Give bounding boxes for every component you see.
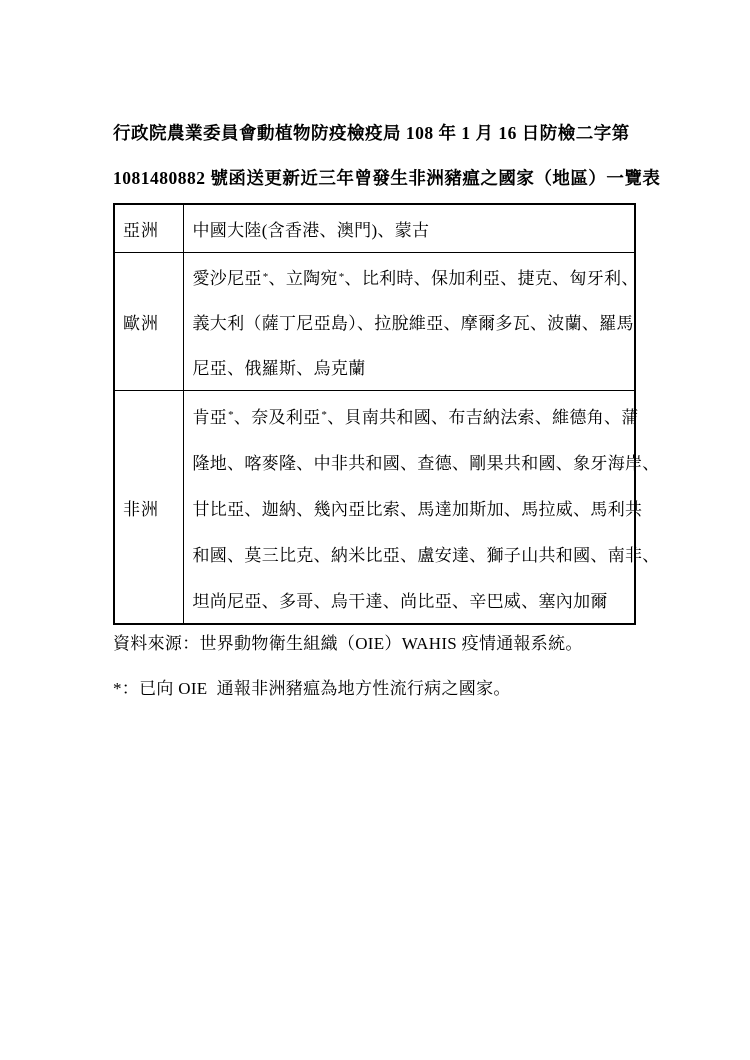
document-page: 行政院農業委員會動植物防疫檢疫局 108 年 1 月 16 日防檢二字第 108… [0,0,750,1060]
countries-text: 和國、莫三比克、納米比亞、盧安達、獅子山共和國、南非、 [193,541,660,566]
asf-countries-table: 亞洲 中國大陸(含香港、澳門)、蒙古 歐洲 愛沙尼亞*、立陶宛*、比利時、保加利… [113,203,636,625]
countries-text-line: 甘比亞、迦納、幾內亞比索、馬達加斯加、馬拉威、馬利共 [193,484,633,530]
region-cell-africa: 非洲 [114,391,183,625]
countries-text-line: 和國、莫三比克、納米比亞、盧安達、獅子山共和國、南非、 [193,530,633,576]
countries-text-line: 中國大陸(含香港、澳門)、蒙古 [193,206,633,251]
countries-text: 肯亞 [193,403,228,428]
document-title: 行政院農業委員會動植物防疫檢疫局 108 年 1 月 16 日防檢二字第 108… [113,124,637,187]
countries-text: 中國大陸(含香港、澳門)、蒙古 [193,216,430,241]
countries-text: 尼亞、俄羅斯、烏克蘭 [193,354,366,379]
countries-text: 隆地、喀麥隆、中非共和國、查德、剛果共和國、象牙海岸、 [193,449,660,474]
countries-text: 、奈及利亞 [234,403,321,428]
countries-cell-africa: 肯亞*、奈及利亞*、貝南共和國、布吉納法索、維德角、蒲隆地、喀麥隆、中非共和國、… [183,391,635,625]
countries-text: 、貝南共和國、布吉納法索、維德角、蒲 [327,403,638,428]
table-row-europe: 歐洲 愛沙尼亞*、立陶宛*、比利時、保加利亞、捷克、匈牙利、義大利（薩丁尼亞島）… [114,253,635,391]
countries-cell-europe: 愛沙尼亞*、立陶宛*、比利時、保加利亞、捷克、匈牙利、義大利（薩丁尼亞島）、拉脫… [183,253,635,391]
countries-text-line: 愛沙尼亞*、立陶宛*、比利時、保加利亞、捷克、匈牙利、 [193,254,633,299]
countries-cell-asia: 中國大陸(含香港、澳門)、蒙古 [183,204,635,253]
countries-text: 、比利時、保加利亞、捷克、匈牙利、 [345,264,639,289]
countries-text: 甘比亞、迦納、幾內亞比索、馬達加斯加、馬拉威、馬利共 [193,495,643,520]
table-row-asia: 亞洲 中國大陸(含香港、澳門)、蒙古 [114,204,635,253]
countries-text: 坦尚尼亞、多哥、烏干達、尚比亞、辛巴威、塞內加爾 [193,587,608,612]
countries-text-line: 隆地、喀麥隆、中非共和國、查德、剛果共和國、象牙海岸、 [193,438,633,484]
countries-text: 義大利（薩丁尼亞島）、拉脫維亞、摩爾多瓦、波蘭、羅馬 [193,309,634,334]
countries-text-line: 義大利（薩丁尼亞島）、拉脫維亞、摩爾多瓦、波蘭、羅馬 [193,299,633,344]
countries-text-line: 肯亞*、奈及利亞*、貝南共和國、布吉納法索、維德角、蒲 [193,392,633,438]
countries-text: 、立陶宛 [269,264,338,289]
table-row-africa: 非洲 肯亞*、奈及利亞*、貝南共和國、布吉納法索、維德角、蒲隆地、喀麥隆、中非共… [114,391,635,625]
title-line-2: 1081480882 號函送更新近三年曾發生非洲豬瘟之國家（地區）一覽表 [113,169,637,187]
countries-text-line: 坦尚尼亞、多哥、烏干達、尚比亞、辛巴威、塞內加爾 [193,576,633,622]
footnote-source: 資料來源：世界動物衛生組織（OIE）WAHIS 疫情通報系統。 [113,635,637,653]
region-cell-europe: 歐洲 [114,253,183,391]
countries-text-line: 尼亞、俄羅斯、烏克蘭 [193,344,633,389]
footnote-asterisk: *：已向 OIE 通報非洲豬瘟為地方性流行病之國家。 [113,680,637,698]
document-body: 行政院農業委員會動植物防疫檢疫局 108 年 1 月 16 日防檢二字第 108… [113,0,637,698]
countries-text: 愛沙尼亞 [193,264,262,289]
title-line-1: 行政院農業委員會動植物防疫檢疫局 108 年 1 月 16 日防檢二字第 [113,124,637,142]
region-cell-asia: 亞洲 [114,204,183,253]
